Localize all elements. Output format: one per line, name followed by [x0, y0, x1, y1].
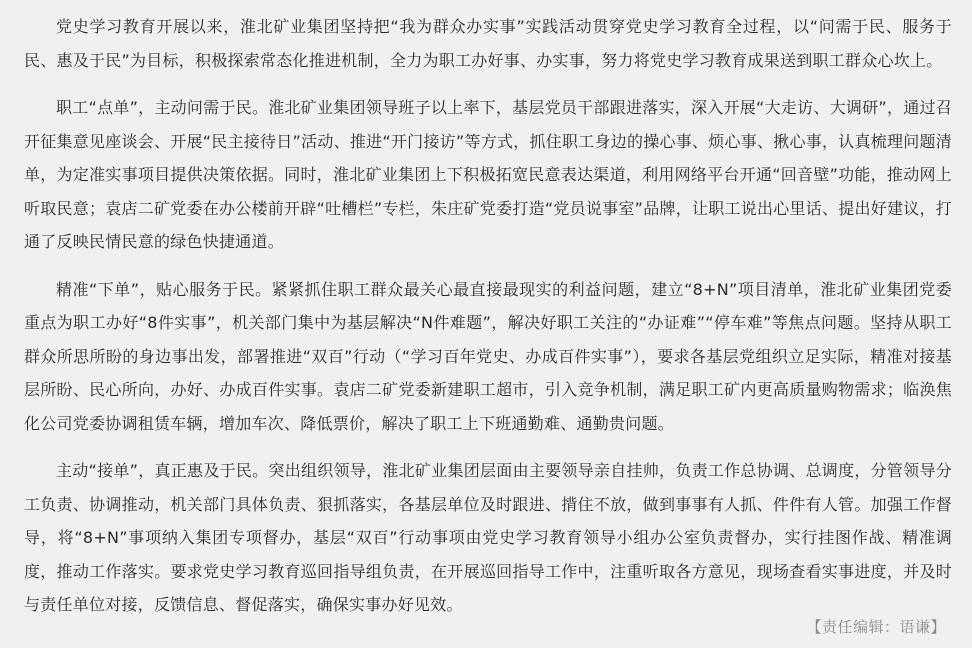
paragraph-order-placing: 职工“点单”，主动问需于民。淮北矿业集团领导班子以上率下，基层党员干部跟进落实，…: [24, 87, 952, 259]
editor-credit: 【责任编辑：语谦】: [806, 616, 946, 637]
paragraph-order-taking: 主动“接单”，真正惠及于民。突出组织领导，淮北矿业集团层面由主要领导亲自挂帅，负…: [24, 450, 952, 622]
article-body: 党史学习教育开展以来，淮北矿业集团坚持把“我为群众办实事”实践活动贯穿党史学习教…: [24, 0, 952, 632]
paragraph-order-dispatch: 精准“下单”，贴心服务于民。紧紧抓住职工群众最关心最直接最现实的利益问题，建立“…: [24, 269, 952, 441]
paragraph-intro: 党史学习教育开展以来，淮北矿业集团坚持把“我为群众办实事”实践活动贯穿党史学习教…: [24, 0, 952, 77]
